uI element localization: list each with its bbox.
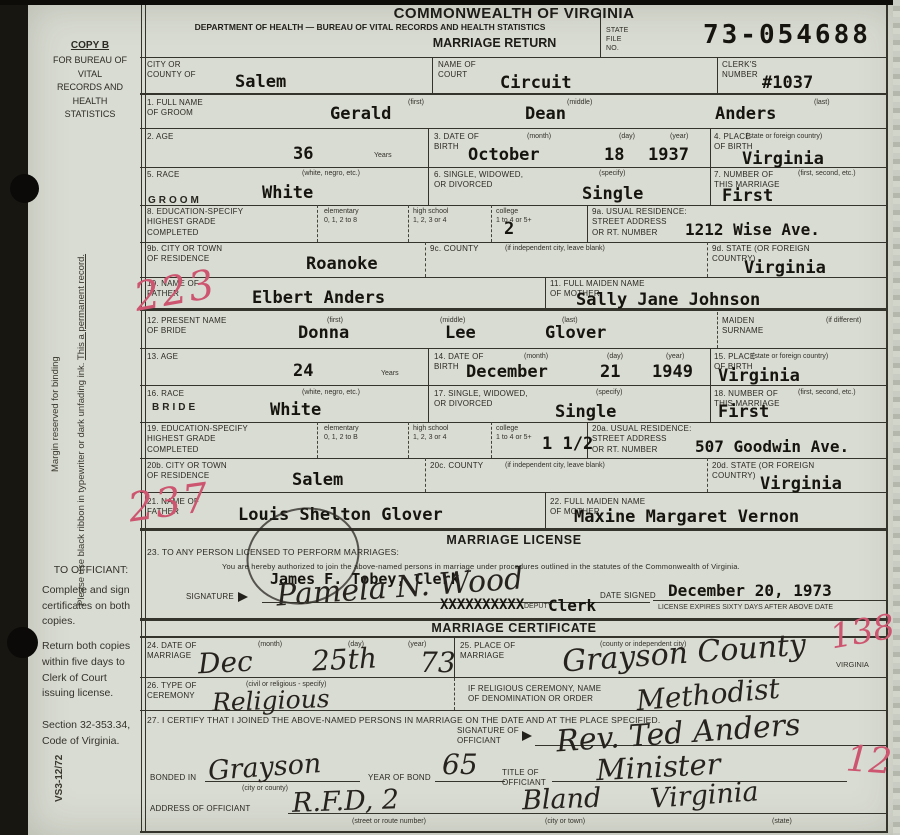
bride-education-label: 19. EDUCATION-SPECIFY HIGHEST GRADE COMP… (147, 424, 248, 455)
groom-age-value: 36 (293, 144, 313, 164)
bond-year-value: 65 (442, 748, 478, 781)
marriage-year-value: 73 (420, 646, 456, 679)
year-hint: (year) (666, 353, 684, 362)
form-line (425, 242, 426, 277)
bride-marital-hint: (specify) (596, 389, 622, 398)
date-signed-line (653, 600, 886, 601)
first-hint: (first) (408, 99, 424, 108)
form-line (140, 128, 888, 129)
bride-dob-month: December (466, 362, 548, 382)
bride-marital-label: 17. SINGLE, WIDOWED, OR DIVORCED (434, 389, 528, 410)
bride-dob-year: 1949 (652, 362, 693, 382)
copy-title: COPY B (40, 40, 140, 51)
bride-age-label: 13. AGE (147, 352, 178, 362)
bride-residence-label: 20a. USUAL RESIDENCE: STREET ADDRESS OR … (592, 424, 692, 455)
bride-city-value: Salem (292, 470, 343, 490)
form-line (491, 205, 492, 242)
form-line (428, 385, 429, 422)
elementary-hint: elementary 0, 1, 2 to B (324, 425, 359, 443)
day-hint: (day) (619, 133, 635, 142)
arrow-right-icon (238, 592, 248, 602)
bonded-in-label: BONDED IN (150, 773, 196, 783)
bride-name-label: 12. PRESENT NAME OF BRIDE (147, 316, 227, 337)
groom-age-unit: Years (374, 152, 392, 161)
groom-dob-year: 1937 (648, 145, 689, 165)
bride-education-college-value: 1 1/2 (542, 434, 593, 454)
bride-race-hint: (white, negro, etc.) (302, 389, 360, 398)
punch-hole-icon (7, 627, 38, 658)
license-expires-note: LICENSE EXPIRES SIXTY DAYS AFTER ABOVE D… (658, 604, 833, 613)
bonded-hint: (city or county) (242, 785, 288, 794)
bride-residence-value: 507 Goodwin Ave. (695, 437, 849, 456)
form-line (428, 128, 429, 167)
form-line (140, 57, 888, 58)
bride-county-hint: (if independent city, leave blank) (505, 462, 605, 471)
form-line (707, 458, 708, 492)
high-school-hint: high school 1, 2, 3 or 4 (413, 425, 448, 443)
ceremony-type-label: 26. TYPE OF CEREMONY (147, 681, 197, 702)
bond-year-label: YEAR OF BOND (368, 773, 431, 783)
officiant-address-label: ADDRESS OF OFFICIANT (150, 804, 250, 814)
denomination-label: IF RELIGIOUS CEREMONY, NAME OF DENOMINAT… (468, 684, 601, 705)
bride-section-label: BRIDE (152, 402, 198, 413)
state-file-label: STATE FILE NO. (606, 26, 629, 53)
ink-note: Please use black ribbon in typewriter or… (76, 91, 87, 606)
department-subtitle: DEPARTMENT OF HEALTH — BUREAU OF VITAL R… (150, 22, 590, 32)
form-line (140, 93, 888, 95)
college-hint: college 1 to 4 or 5+ (496, 425, 532, 443)
maiden-surname-label: MAIDEN SURNAME (722, 316, 763, 337)
bride-mother-value: Maxine Margaret Vernon (574, 507, 799, 527)
form-line (317, 422, 318, 458)
groom-last-name: Anders (715, 104, 776, 124)
officiant-instruction-1: Complete and sign certificates on both c… (42, 583, 140, 630)
bride-first-name: Donna (298, 323, 349, 343)
groom-city-value: Roanoke (306, 254, 378, 274)
form-line (717, 58, 718, 93)
form-line (408, 422, 409, 458)
form-line (710, 348, 711, 385)
officiant-address-street: R.F.D, 2 (291, 784, 399, 819)
form-border-right (886, 5, 888, 832)
day-hint: (day) (607, 353, 623, 362)
high-school-hint: high school 1, 2, 3 or 4 (413, 208, 448, 226)
binding-margin-note: Margin reserved for binding (50, 137, 61, 472)
groom-dob-month: October (468, 145, 540, 165)
groom-first-name: Gerald (330, 104, 391, 124)
form-line (428, 167, 429, 205)
officiant-instruction-2: Return both copies within five days to C… (42, 639, 140, 702)
form-line (707, 242, 708, 277)
middle-hint: (middle) (567, 99, 592, 108)
court-value: Circuit (500, 73, 572, 93)
city-county-value: Salem (235, 72, 286, 92)
form-line (491, 422, 492, 458)
form-line (454, 678, 455, 710)
signature-label: SIGNATURE (186, 592, 234, 602)
form-line (140, 348, 888, 349)
form-line (717, 312, 718, 348)
bride-middle-name: Lee (445, 323, 476, 343)
groom-middle-name: Dean (525, 104, 566, 124)
groom-section-label: GROOM (148, 195, 202, 206)
groom-residence-value: 1212 Wise Ave. (685, 220, 820, 239)
groom-county-hint: (if independent city, leave blank) (505, 245, 605, 254)
form-name: MARRIAGE RETURN (402, 36, 587, 50)
month-hint: (month) (527, 133, 551, 142)
city-county-label: CITY OR COUNTY OF (147, 60, 196, 81)
bride-last-name: Glover (545, 323, 606, 343)
form-line (545, 492, 546, 528)
month-hint: (month) (258, 641, 282, 650)
form-line (140, 422, 888, 423)
bride-marriage-no-value: First (718, 402, 769, 422)
state-file-number: 73-054688 (703, 20, 871, 50)
groom-race-hint: (white, negro, etc.) (302, 170, 360, 179)
scan-edge-right (893, 0, 900, 835)
elementary-hint: elementary 0, 1, 2 to 8 (324, 208, 359, 226)
form-border-left-inner (145, 5, 146, 832)
form-line (545, 277, 546, 308)
groom-age-label: 2. AGE (147, 132, 174, 142)
groom-marital-value: Single (582, 184, 643, 204)
bride-race-value: White (270, 400, 321, 420)
form-line (425, 458, 426, 492)
clerk-number-label: CLERK'S NUMBER (722, 60, 758, 81)
bride-birthplace-value: Virginia (718, 366, 800, 386)
court-label: NAME OF COURT (438, 60, 476, 81)
groom-state-value: Virginia (744, 258, 826, 278)
copy-subtitle: FOR BUREAU OF VITAL RECORDS AND HEALTH S… (40, 54, 140, 122)
groom-name-label: 1. FULL NAME OF GROOM (147, 98, 203, 119)
state-hint: (state) (772, 818, 792, 827)
officiant-signature-label: SIGNATURE OF OFFICIANT (457, 726, 519, 747)
form-line (428, 348, 429, 385)
form-code: VS3-12/72 (54, 712, 65, 802)
form-line (710, 167, 711, 205)
bride-marital-value: Single (555, 402, 616, 422)
maiden-surname-hint: (if different) (826, 317, 861, 326)
form-line (587, 205, 588, 242)
date-signed-value: December 20, 1973 (668, 581, 832, 600)
groom-mother-value: Sally Jane Johnson (576, 290, 760, 310)
form-line (140, 205, 888, 206)
groom-birthplace-value: Virginia (742, 149, 824, 169)
groom-education-label: 8. EDUCATION-SPECIFY HIGHEST GRADE COMPL… (147, 207, 243, 238)
bond-annotation: 12 (845, 738, 894, 782)
marriage-date-label: 24. DATE OF MARRIAGE (147, 641, 197, 662)
form-border-left (141, 5, 142, 832)
form-line (432, 58, 433, 93)
bride-race-label: 16. RACE (147, 389, 184, 399)
street-hint: (street or route number) (352, 818, 426, 827)
year-hint: (year) (670, 133, 688, 142)
struck-out-text: XXXXXXXXXX (440, 597, 524, 613)
form-line (140, 458, 888, 459)
form-line (140, 242, 888, 243)
groom-father-value: Elbert Anders (252, 288, 385, 308)
form-border-bottom (140, 831, 888, 833)
marriage-place-label: 25. PLACE OF MARRIAGE (460, 641, 515, 662)
groom-dob-day: 18 (604, 145, 624, 165)
form-line (710, 385, 711, 422)
groom-marriage-no-hint: (first, second, etc.) (798, 170, 856, 179)
groom-race-value: White (262, 183, 313, 203)
ink-note-text-2: This a permanent record. (76, 254, 87, 360)
to-officiant-heading: TO OFFICIANT: (42, 563, 140, 579)
form-line (317, 205, 318, 242)
place-state-label: VIRGINIA (836, 660, 869, 669)
bride-dob-day: 21 (600, 362, 620, 382)
bride-marriage-no-hint: (first, second, etc.) (798, 389, 856, 398)
groom-birthplace-hint: (state or foreign country) (746, 133, 822, 142)
bride-birthplace-hint: (state or foreign country) (752, 353, 828, 362)
bond-year-line (435, 781, 505, 782)
clerk-number-value: #1037 (762, 73, 813, 93)
section-divider-license (140, 528, 888, 531)
marriage-month-value: Dec (197, 645, 253, 681)
groom-education-college-value: 2 (504, 219, 514, 239)
groom-county-label: 9c. COUNTY (430, 244, 479, 254)
date-signed-label: DATE SIGNED (600, 591, 656, 601)
clerk-capacity-value: Clerk (548, 596, 596, 615)
groom-race-label: 5. RACE (147, 170, 180, 180)
scanned-marriage-return-document: COPY B FOR BUREAU OF VITAL RECORDS AND H… (0, 0, 900, 835)
city-town-hint: (city or town) (545, 818, 585, 827)
bride-age-unit: Years (381, 370, 399, 379)
form-line (710, 128, 711, 167)
groom-marital-hint: (specify) (599, 170, 625, 179)
groom-marital-label: 6. SINGLE, WIDOWED, OR DIVORCED (434, 170, 523, 191)
bride-state-value: Virginia (760, 474, 842, 494)
officiant-address-city: Bland (521, 783, 601, 817)
last-hint: (last) (814, 99, 830, 108)
arrow-right-icon (522, 731, 532, 741)
marriage-day-value: 25th (311, 641, 378, 677)
bride-age-value: 24 (293, 361, 313, 381)
punch-hole-icon (10, 174, 39, 203)
groom-residence-label: 9a. USUAL RESIDENCE: STREET ADDRESS OR R… (592, 207, 687, 238)
form-line (408, 205, 409, 242)
month-hint: (month) (524, 353, 548, 362)
section-divider-groom-bride (140, 308, 888, 311)
ceremony-type-value: Religious (212, 684, 331, 717)
bride-county-label: 20c. COUNTY (430, 461, 483, 471)
groom-marriage-no-value: First (722, 186, 773, 206)
copy-designation-block: COPY B FOR BUREAU OF VITAL RECORDS AND H… (40, 40, 140, 122)
